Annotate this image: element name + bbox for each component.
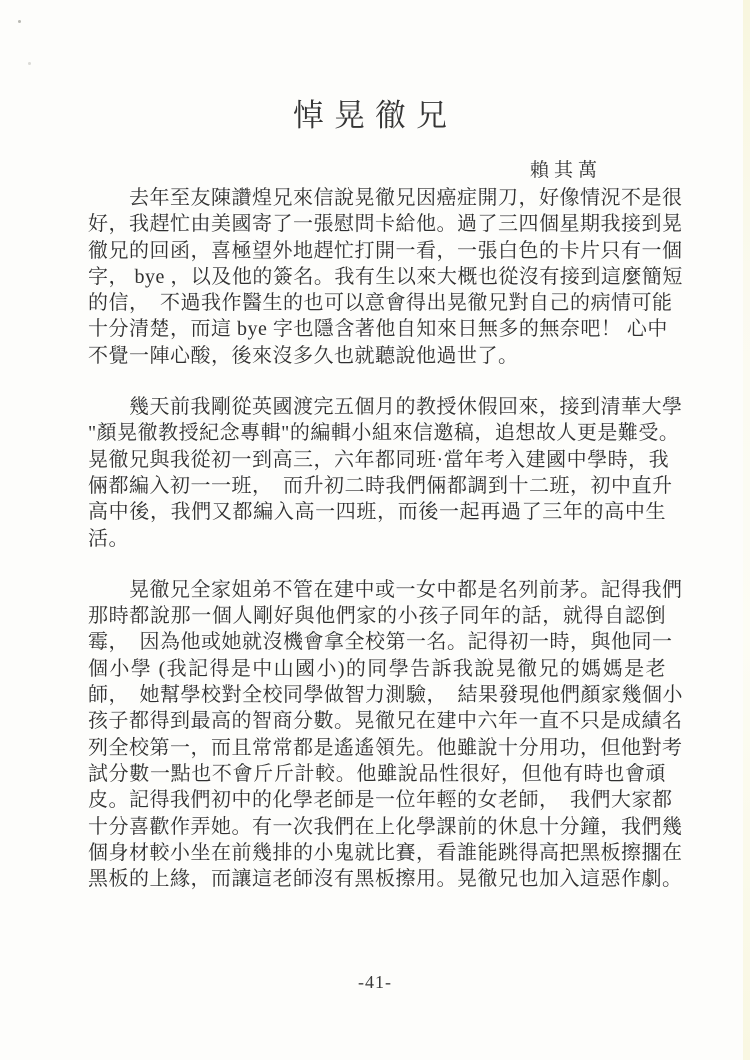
scan-edge-tint [743,0,750,1060]
text-line: 那時都說那一個人剛好與他們家的小孩子同年的話，就得自認倒 [88,603,666,629]
text-line: 去年至友陳讚煌兄來信說晃徹兄因癌症開刀，好像情況不是很 [88,185,666,211]
text-line: 試分數一點也不會斤斤計較。他雖說品性很好，但他有時也會頑 [88,761,666,787]
text-line: 個身材較小坐在前幾排的小鬼就比賽，看誰能跳得高把黑板擦擱在 [88,840,666,866]
text-line: 的信， 不過我作醫生的也可以意會得出晃徹兄對自己的病情可能 [88,290,666,316]
scan-artifact [18,20,21,23]
text-line: 師， 她幫學校對全校同學做智力測驗， 結果發現他們顏家幾個小 [88,682,666,708]
text-line: 孩子都得到最高的智商分數。晃徹兄在建中六年一直不只是成績名 [88,708,666,734]
scanned-document-page: 悼晃徹兄 賴其萬 去年至友陳讚煌兄來信說晃徹兄因癌症開刀，好像情況不是很好，我趕… [0,0,750,1060]
text-line: 列全校第一，而且常常都是遙遙領先。他雖說十分用功，但他對考 [88,735,666,761]
text-line: 不覺一陣心酸，後來沒多久也就聽說他過世了。 [88,343,666,369]
text-line: 晃徹兄與我從初一到高三，六年都同班·當年考入建國中學時，我 [88,447,666,473]
page-number: -41- [0,972,750,993]
scan-artifact [28,62,31,65]
text-line: 皮。記得我們初中的化學老師是一位年輕的女老師， 我們大家都 [88,787,666,813]
text-line: 幾天前我剛從英國渡完五個月的教授休假回來，接到清華大學 [88,394,666,420]
paragraph: 幾天前我剛從英國渡完五個月的教授休假回來，接到清華大學"顏晃徹教授紀念專輯"的編… [88,394,666,552]
text-line: 徹兄的回函，喜極望外地趕忙打開一看，一張白色的卡片只有一個 [88,238,666,264]
text-line: 高中後，我們又都編入高一四班，而後一起再過了三年的高中生 [88,499,666,525]
author-name: 賴其萬 [0,155,602,182]
text-line: 字， bye ，以及他的簽名。我有生以來大概也從沒有接到這麼簡短 [88,264,666,290]
text-line: 晃徹兄全家姐弟不管在建中或一女中都是名列前茅。記得我們 [88,577,666,603]
text-line: 個小學 (我記得是中山國小)的同學告訴我說晃徹兄的媽媽是老 [88,656,666,682]
paragraph: 晃徹兄全家姐弟不管在建中或一女中都是名列前茅。記得我們那時都說那一個人剛好與他們… [88,577,666,893]
text-line: 黑板的上緣，而讓這老師沒有黑板擦用。晃徹兄也加入這惡作劇。 [88,866,666,892]
document-body: 去年至友陳讚煌兄來信說晃徹兄因癌症開刀，好像情況不是很好，我趕忙由美國寄了一張慰… [88,185,666,917]
text-line: 倆都編入初一一班， 而升初二時我們倆都調到十二班，初中直升 [88,473,666,499]
paragraph: 去年至友陳讚煌兄來信說晃徹兄因癌症開刀，好像情況不是很好，我趕忙由美國寄了一張慰… [88,185,666,369]
text-line: 十分清楚，而這 bye 字也隱含著他自知來日無多的無奈吧！ 心中 [88,316,666,342]
text-line: 霉， 因為他或她就沒機會拿全校第一名。記得初一時，與他同一 [88,629,666,655]
text-line: 活。 [88,526,666,552]
text-line: 好，我趕忙由美國寄了一張慰問卡給他。過了三四個星期我接到晃 [88,211,666,237]
text-line: "顏晃徹教授紀念專輯"的編輯小組來信邀稿，追想故人更是難受。 [88,420,666,446]
document-title: 悼晃徹兄 [0,90,750,135]
text-line: 十分喜歡作弄她。有一次我們在上化學課前的休息十分鐘，我們幾 [88,814,666,840]
